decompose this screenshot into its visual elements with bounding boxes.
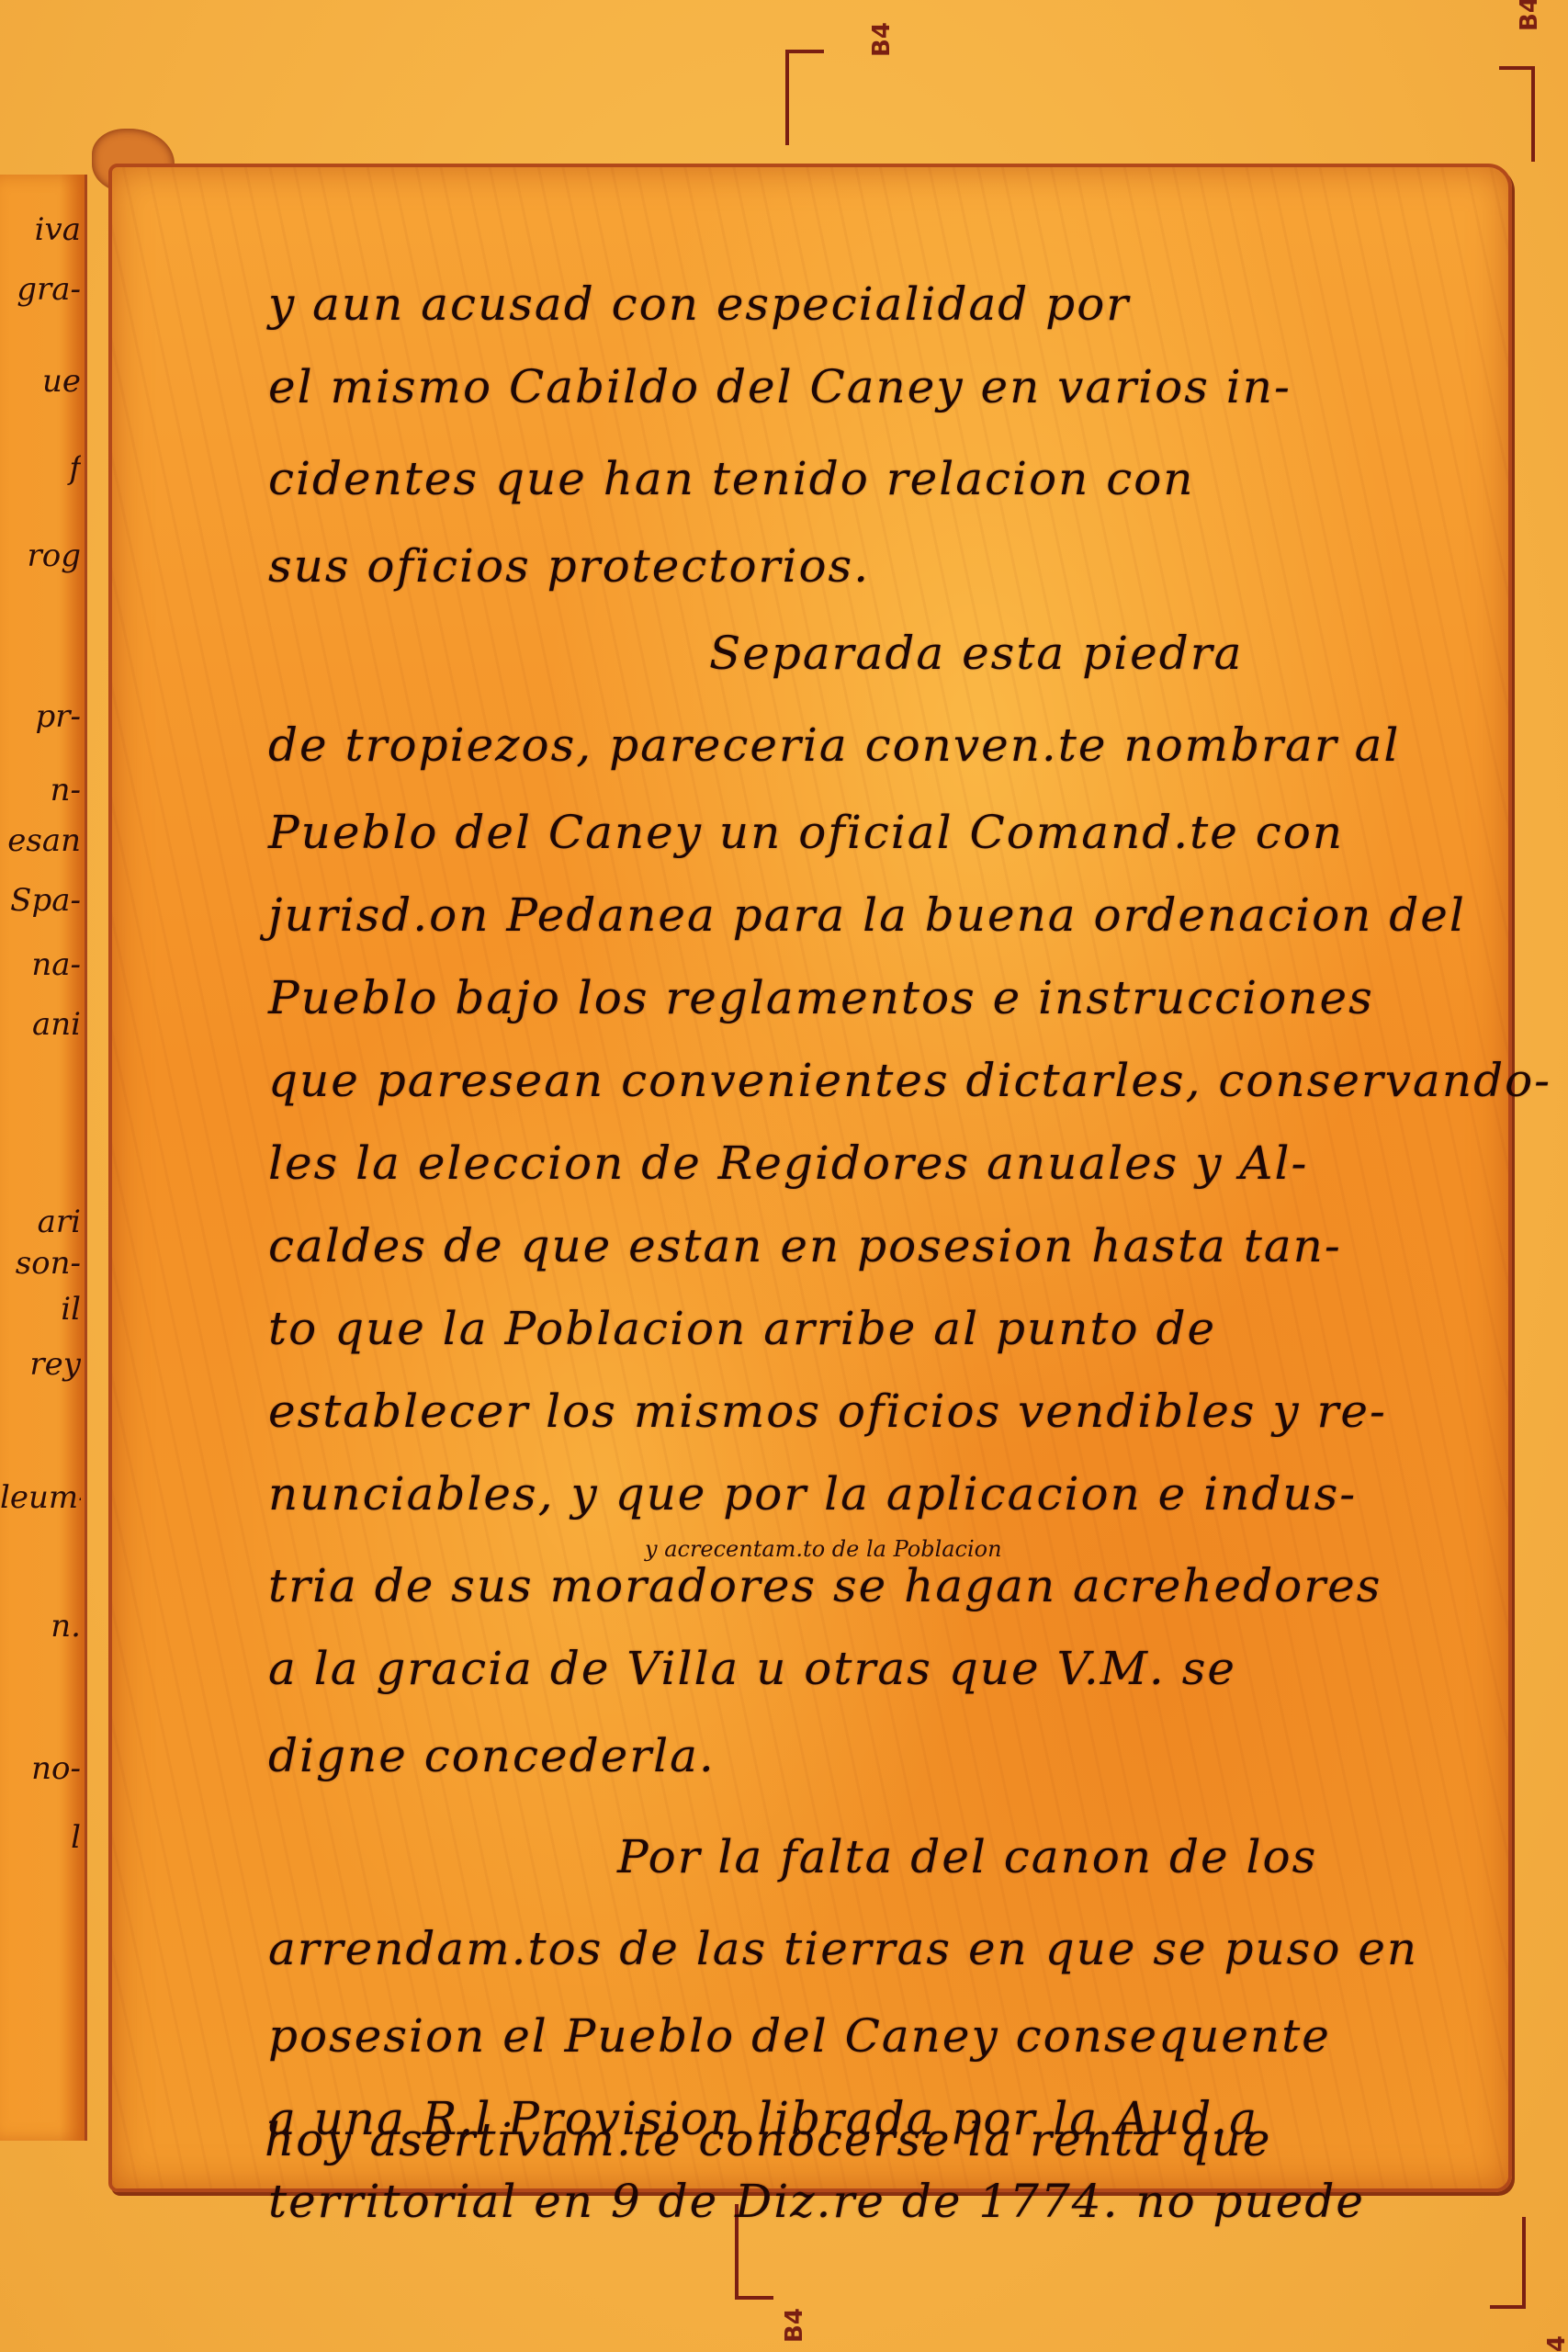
left-fragment-line: rog — [0, 537, 81, 574]
manuscript-line: Pueblo del Caney un oficial Comand.te co… — [268, 806, 1462, 859]
left-fragment-line: gra- — [0, 271, 81, 308]
crop-mark-bottom-right — [1490, 2217, 1526, 2309]
manuscript-line: caldes de que estan en posesion hasta ta… — [268, 1219, 1462, 1272]
left-fragment-line: ari — [0, 1204, 81, 1240]
left-fragment-line: ue — [0, 363, 81, 400]
left-fragment-line: son- — [0, 1245, 81, 1282]
left-fragment-line: il — [0, 1291, 81, 1328]
manuscript-line: posesion el Pueblo del Caney consequente — [268, 2009, 1462, 2063]
manuscript-line: nunciables, y que por la aplicacion e in… — [268, 1467, 1462, 1521]
manuscript-line: hoy asertivam.te conocerse la renta que — [265, 2113, 1459, 2166]
manuscript-page: y aun acusad con especialidad por el mis… — [108, 164, 1512, 2192]
manuscript-line: establecer los mismos oficios vendibles … — [268, 1385, 1462, 1438]
left-fragment-line: Spa- — [0, 882, 81, 919]
manuscript-line: a la gracia de Villa u otras que V.M. se — [268, 1642, 1462, 1695]
crop-label-top-left: B4 — [868, 22, 896, 57]
manuscript-line: digne concederla. — [268, 1729, 1462, 1782]
manuscript-line: territorial en 9 de Diz.re de 1774. no p… — [268, 2175, 1462, 2228]
manuscript-line: Pueblo bajo los reglamentos e instruccio… — [268, 971, 1462, 1024]
manuscript-line: to que la Poblacion arribe al punto de — [268, 1302, 1462, 1355]
manuscript-line: de tropiezos, pareceria conven.te nombra… — [268, 718, 1462, 772]
crop-mark-top-left — [785, 50, 824, 145]
left-fragment-line: n- — [0, 772, 81, 808]
left-fragment-line: pr- — [0, 698, 81, 735]
left-fragment-line: na- — [0, 946, 81, 983]
manuscript-line: el mismo Cabildo del Caney en varios in- — [268, 360, 1462, 413]
crop-label-top-right: B4 — [1516, 0, 1543, 31]
manuscript-line: les la eleccion de Regidores anuales y A… — [268, 1136, 1462, 1190]
manuscript-line: y aun acusad con especialidad por — [268, 277, 1462, 331]
left-fragment-line: iva — [0, 211, 81, 248]
crop-mark-top-right — [1499, 66, 1535, 162]
left-fragment-line: f — [0, 450, 81, 487]
interlinear-insertion: y acrecentam.to de la Poblacion — [645, 1536, 1002, 1562]
manuscript-line: tria de sus moradores se hagan acrehedor… — [268, 1559, 1462, 1612]
left-fragment-line: l — [0, 1819, 81, 1856]
left-fragment-line: esan — [0, 822, 81, 859]
crop-label-bottom-left: B4 — [781, 2308, 808, 2343]
manuscript-line: sus oficios protectorios. — [268, 539, 1462, 593]
crop-label-bottom-right: 4 — [1543, 2335, 1568, 2352]
left-fragment-line: n. — [0, 1608, 81, 1645]
previous-page-fragment: iva gra- ue f rog pr- n- esan Spa- na- a… — [0, 175, 87, 2141]
left-fragment-line: no- — [0, 1750, 81, 1787]
manuscript-line: arrendam.tos de las tierras en que se pu… — [268, 1922, 1462, 1975]
left-fragment-line: leum- — [0, 1479, 81, 1516]
left-fragment-line: rey — [0, 1346, 81, 1383]
manuscript-line: que paresean convenientes dictarles, con… — [268, 1054, 1462, 1107]
manuscript-line: jurisd.on Pedanea para la buena ordenaci… — [268, 888, 1462, 942]
left-fragment-line: ani — [0, 1006, 81, 1043]
manuscript-line: Por la falta del canon de los — [617, 1830, 1462, 1883]
manuscript-line: Separada esta piedra — [709, 627, 1462, 680]
manuscript-line: cidentes que han tenido relacion con — [268, 452, 1462, 505]
